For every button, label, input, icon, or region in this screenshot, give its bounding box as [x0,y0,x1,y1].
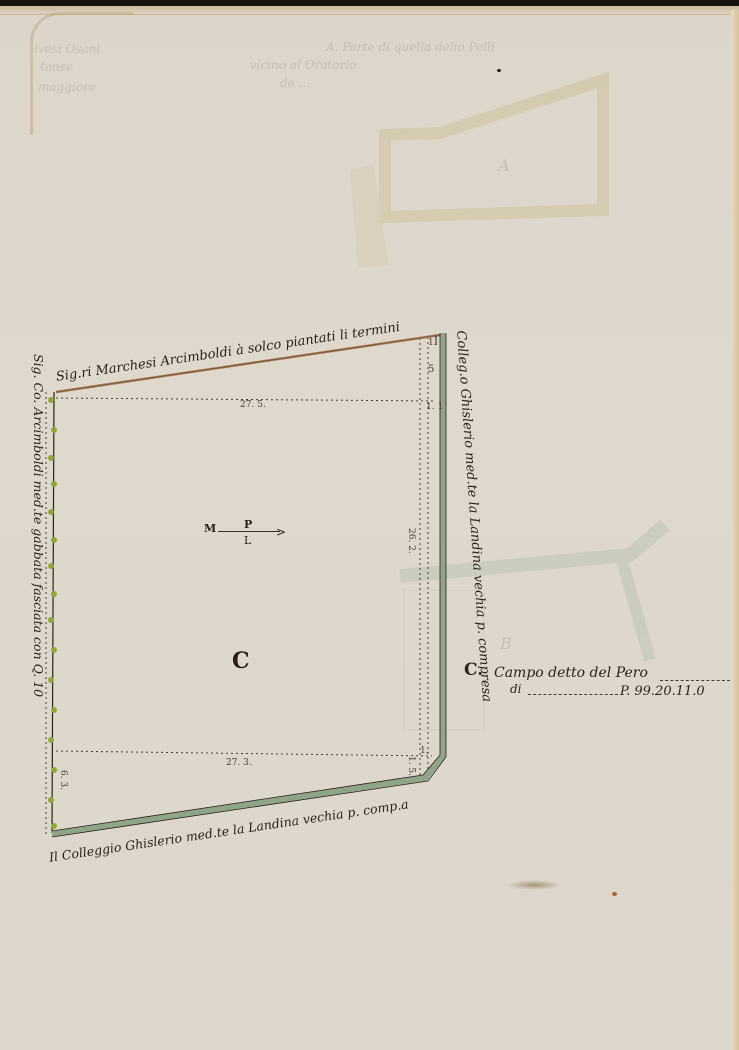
arrow-right-icon: > [276,525,286,539]
manuscript-page: A. Parte di quella dello Pelli vicino al… [0,0,739,1050]
legend-field-name: Campo detto del Pero [494,665,648,681]
compass-l: L [244,534,251,547]
compass-m: M [204,522,216,535]
legend-key: C. [464,660,483,680]
leader-line [660,680,730,681]
legend-area-value: P. 99.20.11.0 [620,684,705,699]
legend-prefix: di [510,682,522,696]
map-drawing [0,0,739,1050]
ink-speck [497,69,501,72]
ink-smudge [506,880,562,890]
corner-measure: 1. [420,746,429,756]
compass-p: P [244,518,252,531]
compass-arrow-shaft [218,531,280,532]
corner-measure: 1. 5. [406,756,416,776]
bottom-width-measure: 27. 3. [226,758,252,768]
corner-measure: 5 [428,364,434,375]
corner-measure: 1. 1 [426,402,443,412]
corner-measure: 1. [428,338,437,348]
stain-dot [612,892,617,896]
right-height-measure: 26. 2. [406,528,416,554]
top-width-measure: 27. 5. [240,400,266,410]
ghost-plot-a [350,80,603,268]
west-boundary-label: Sig. Co. Arcimboldi med.te gabbata fasci… [31,354,46,697]
orientation-mark: M P > L [204,522,294,556]
plot-letter: C [232,648,250,674]
left-height-measure: 6. 3. [58,770,68,790]
leader-line [528,694,618,695]
